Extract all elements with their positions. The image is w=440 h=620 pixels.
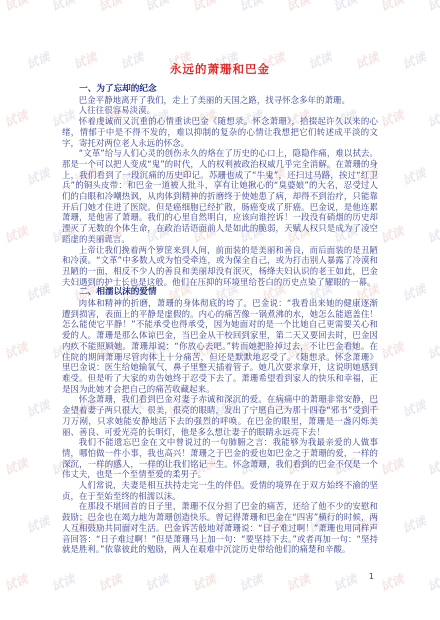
watermark-glyph: 试读	[143, 0, 172, 15]
watermark-glyph: 试读	[237, 0, 266, 15]
watermark-glyph: 试读	[2, 0, 31, 15]
section-2-heading: 二、相濡以沫的爱情	[62, 287, 378, 298]
watermark-glyph: 试读	[96, 570, 125, 595]
watermark-glyph: 试读	[425, 454, 440, 479]
watermark-glyph: 试读	[96, 0, 125, 15]
document-content: 永远的萧珊和巴金 一、为了忘却的纪念 巴金平静地离开了我们，走上了美丽的天国之路…	[62, 62, 378, 555]
paragraph: 人们常说，夫妻是相互扶持走完一生的伴侣。爱情的境界在于双方始终不渝的坚贞，在于至…	[62, 480, 378, 501]
paragraph: 在那段不堪回首的日子里，萧珊不仅分担了巴金的痛苦，还给了他不少的安慰和鼓励；巴金…	[62, 501, 378, 555]
watermark-glyph: 试读	[378, 106, 407, 131]
watermark-glyph: 试读	[24, 164, 53, 189]
watermark-glyph: 试读	[400, 396, 429, 421]
watermark-glyph: 试读	[400, 164, 429, 189]
watermark-glyph: 试读	[425, 222, 440, 247]
watermark-glyph: 试读	[400, 280, 429, 305]
watermark-glyph: 试读	[2, 570, 31, 595]
watermark-glyph: 试读	[378, 222, 407, 247]
paragraph: 我们不能遗忘巴金在文中曾说过的一句肺腑之言：我能够为我最亲爱的人做事情，哪怕做一…	[62, 437, 378, 480]
watermark-glyph: 试读	[143, 570, 172, 595]
watermark-glyph: 试读	[425, 570, 440, 595]
watermark-glyph: 试读	[24, 512, 53, 537]
watermark-glyph: 试读	[425, 0, 440, 15]
watermark-glyph: 试读	[378, 338, 407, 363]
paragraph: 上帝让我们挽着两个箩筐来到人间，前面装的是美丽和善良，而后面装的是丑陋和冷漠。“…	[62, 245, 378, 288]
watermark-glyph: 试读	[49, 0, 78, 15]
watermark-glyph: 试读	[49, 570, 78, 595]
section-1-heading: 一、为了忘却的纪念	[62, 84, 378, 95]
watermark-glyph: 试读	[237, 570, 266, 595]
watermark-glyph: 试读	[24, 396, 53, 421]
paragraph: 肉体和精神的折磨，萧珊的身体彻底的垮了。巴金说：“我看出来她的健康逐渐遭到损害，…	[62, 298, 378, 394]
paragraph: 怀念萧珊，我们看到巴金对妻子赤诚和深沉的爱。在病痛中的萧珊非常安静，巴金望着妻子…	[62, 394, 378, 437]
watermark-glyph: 试读	[400, 48, 429, 73]
page-title: 永远的萧珊和巴金	[62, 62, 378, 77]
watermark-glyph: 试读	[2, 106, 31, 131]
watermark-glyph: 试读	[2, 454, 31, 479]
paragraph: 人往往很容易淡漠。	[62, 105, 378, 116]
watermark-glyph: 试读	[378, 570, 407, 595]
watermark-glyph: 试读	[331, 570, 360, 595]
watermark-glyph: 试读	[24, 48, 53, 73]
watermark-glyph: 试读	[2, 222, 31, 247]
watermark-glyph: 试读	[331, 0, 360, 15]
watermark-glyph: 试读	[378, 454, 407, 479]
watermark-glyph: 试读	[24, 280, 53, 305]
paragraph: 怀着虔诚而又沉重的心情重读巴金《随想录。怀念萧珊》，拾掇起许久以来的心绪，情郁于…	[62, 116, 378, 148]
watermark-glyph: 试读	[190, 0, 219, 15]
paragraph: 巴金平静地离开了我们，走上了美丽的天国之路，找寻怀念多年的萧珊。	[62, 95, 378, 106]
paragraph: “文革”给与人们心灵的创伤永久的烙在了历史的心口上，隐隐作痛，难以拭去。那是一个…	[62, 148, 378, 244]
watermark-glyph: 试读	[284, 570, 313, 595]
watermark-glyph: 试读	[425, 106, 440, 131]
watermark-glyph: 试读	[400, 512, 429, 537]
watermark-glyph: 试读	[284, 0, 313, 15]
page-number: 1	[369, 572, 374, 582]
watermark-glyph: 试读	[378, 0, 407, 15]
watermark-glyph: 试读	[2, 338, 31, 363]
watermark-glyph: 试读	[190, 570, 219, 595]
watermark-glyph: 试读	[425, 338, 440, 363]
document-page: 试读试读试读试读试读试读试读试读试读试读试读试读试读试读试读试读试读试读试读试读…	[0, 0, 440, 620]
